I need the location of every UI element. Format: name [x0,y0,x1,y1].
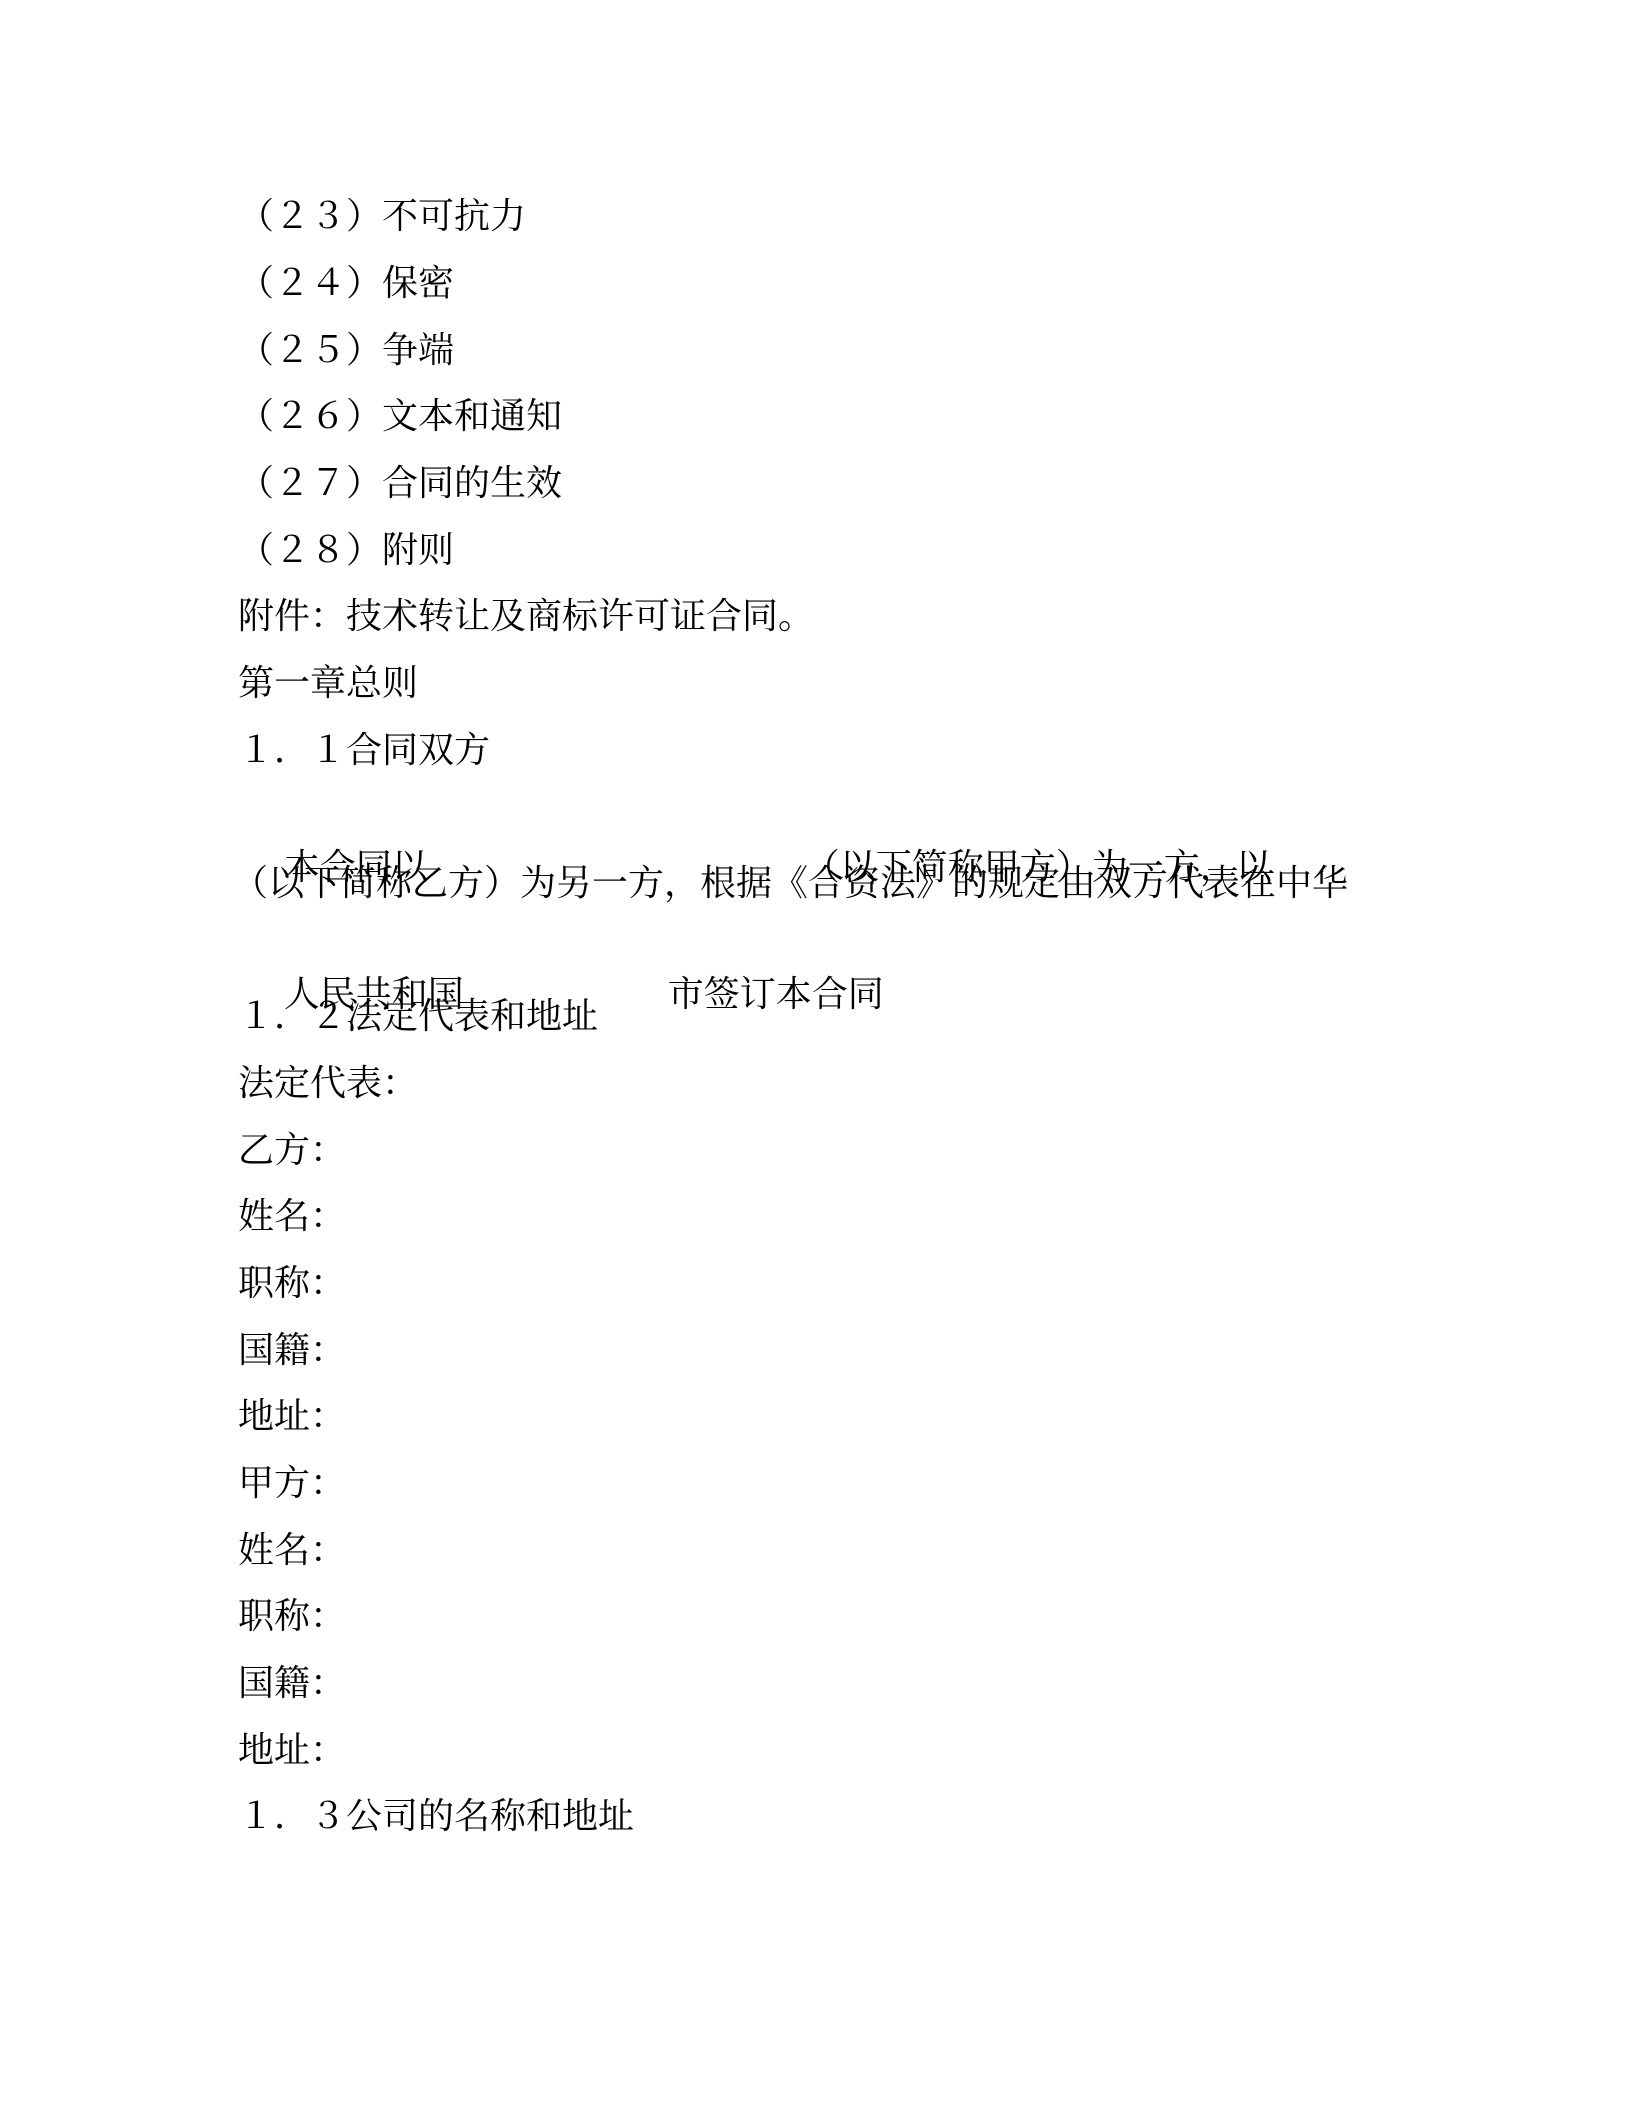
party-a-nationality-field: 国籍： [238,1662,346,1706]
party-b-address-field: 地址： [238,1395,346,1439]
toc-item-23: （２３）不可抗力 [238,195,526,239]
toc-item-25: （２５）争端 [238,329,454,373]
attachment-note: 附件：技术转让及商标许可证合同。 [238,595,814,639]
party-a-name-field: 姓名： [238,1529,346,1573]
toc-item-27: （２７）合同的生效 [238,462,562,506]
party-b-nationality-field: 国籍： [238,1329,346,1373]
party-b-name-field: 姓名： [238,1195,346,1239]
party-a-address-field: 地址： [238,1729,346,1773]
party-a-title-field: 职称： [238,1595,346,1639]
legal-rep-label: 法定代表： [238,1062,418,1106]
section-1-2-heading: １．２法定代表和地址 [238,995,598,1039]
party-a-title: 甲方： [238,1462,346,1506]
party-b-title-field: 职称： [238,1262,346,1306]
toc-item-28: （２８）附则 [238,529,454,573]
para-line3-end: 市签订本合同 [668,974,884,1015]
chapter-title: 第一章总则 [238,662,418,706]
party-b-title: 乙方： [238,1129,346,1173]
section-1-1-para-line2: （以下简称乙方）为另一方，根据《合资法》的规定由双方代表在中华 [232,862,1348,906]
section-1-1-heading: １．１合同双方 [238,729,490,773]
toc-item-26: （２６）文本和通知 [238,395,562,439]
toc-item-24: （２４）保密 [238,262,454,306]
section-1-3-heading: １．３公司的名称和地址 [238,1795,634,1839]
